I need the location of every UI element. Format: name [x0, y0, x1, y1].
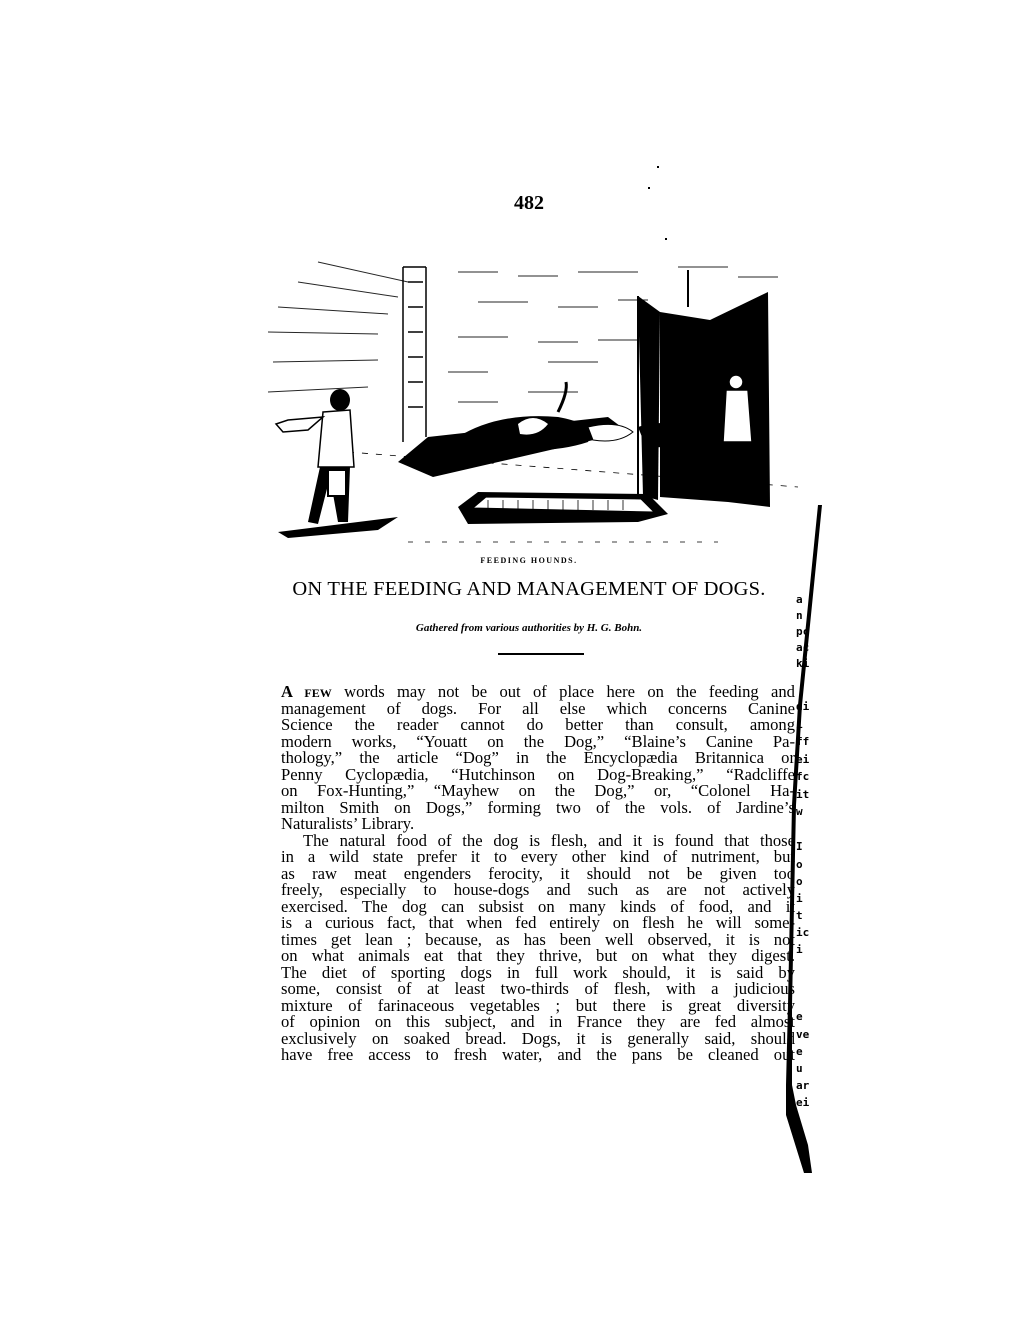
bleed-fragment: w — [796, 805, 803, 818]
illustration-caption: FEEDING HOUNDS. — [0, 556, 1033, 565]
title-divider — [498, 653, 584, 655]
bleed-fragment: ac — [796, 641, 809, 654]
page-gutter-line — [782, 505, 842, 1175]
bleed-fragment: pc — [796, 625, 809, 638]
bleed-fragment: a — [796, 593, 803, 606]
print-speck — [648, 187, 650, 189]
bleed-fragment: ic — [796, 926, 809, 939]
print-speck — [657, 166, 659, 168]
print-speck — [665, 238, 667, 240]
body-line: have free access to fresh water, and the… — [281, 1047, 795, 1064]
bleed-fragment: ar — [796, 1079, 809, 1092]
bleed-fragment: ff — [796, 735, 809, 748]
bleed-fragment: u — [796, 1062, 803, 1075]
bleed-fragment: o — [796, 858, 803, 871]
bleed-fragment: di — [796, 700, 809, 713]
bleed-fragment: e — [796, 1010, 803, 1023]
article-body: A few words may not be out of place here… — [281, 684, 795, 1064]
bleed-fragment: it — [796, 788, 809, 801]
feeding-hounds-illustration — [258, 252, 803, 552]
bleed-fragment: ki — [796, 657, 809, 670]
article-title: ON THE FEEDING AND MANAGEMENT OF DOGS. — [0, 578, 1033, 601]
bleed-fragment: i — [796, 892, 803, 905]
page-number: 482 — [0, 192, 1033, 215]
bleed-fragment: i — [796, 943, 803, 956]
bleed-fragment: o — [796, 875, 803, 888]
bleed-fragment: ve — [796, 1028, 809, 1041]
bleed-fragment: fc — [796, 770, 809, 783]
bleed-fragment: e — [796, 1045, 803, 1058]
facing-page-edge: a n pc ac ki di i ff ei fc it w I o o i … — [782, 505, 842, 1175]
bleed-fragment: i — [796, 718, 803, 731]
article-byline: Gathered from various authorities by H. … — [0, 622, 1033, 634]
bleed-fragment: ei — [796, 753, 809, 766]
bleed-fragment: t — [796, 909, 803, 922]
bleed-fragment: I — [796, 840, 803, 853]
bleed-fragment: ei — [796, 1096, 809, 1109]
bleed-fragment: n — [796, 609, 803, 622]
